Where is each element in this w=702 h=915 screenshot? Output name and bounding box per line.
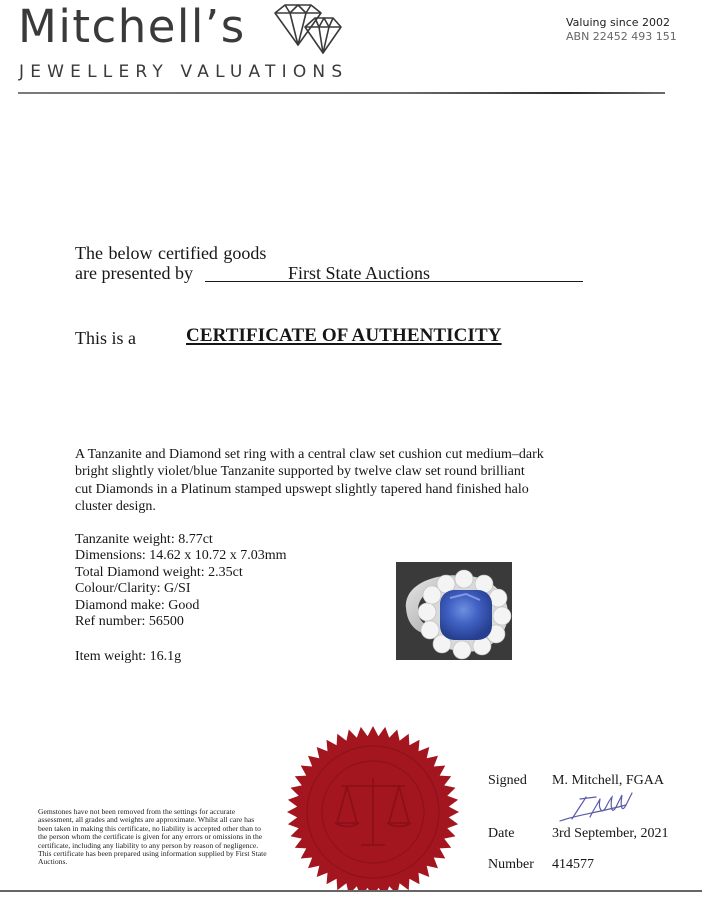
- signed-label: Signed: [488, 773, 527, 789]
- number-label: Number: [488, 857, 534, 873]
- spec-dimensions: Dimensions: 14.62 x 10.72 x 7.03mm: [75, 548, 287, 564]
- footer-divider: [0, 890, 702, 892]
- brand-subtitle: JEWELLERY VALUATIONS: [19, 64, 348, 81]
- certificate-title: CERTIFICATE OF AUTHENTICITY: [186, 326, 502, 346]
- spec-colour-clarity: Colour/Clarity: G/SI: [75, 581, 287, 597]
- abn-number: ABN 22452 493 151: [566, 31, 677, 42]
- item-specs: Tanzanite weight: 8.77ct Dimensions: 14.…: [75, 532, 287, 630]
- spec-tanzanite-weight: Tanzanite weight: 8.77ct: [75, 532, 287, 548]
- disclaimer-text: Gemstones have not been removed from the…: [38, 808, 268, 867]
- seal-icon: [283, 724, 463, 895]
- intro-line-2: are presented by: [75, 263, 193, 283]
- item-weight: Item weight: 16.1g: [75, 649, 181, 665]
- item-description: A Tanzanite and Diamond set ring with a …: [75, 446, 545, 515]
- date-value: 3rd September, 2021: [552, 826, 668, 842]
- spec-ref-number: Ref number: 56500: [75, 614, 287, 630]
- this-is-label: This is a: [75, 328, 136, 348]
- ring-icon: [396, 562, 512, 660]
- spec-diamond-weight: Total Diamond weight: 2.35ct: [75, 565, 287, 581]
- signature-icon: [556, 791, 666, 825]
- header-divider: [18, 92, 665, 94]
- presenter-name: First State Auctions: [288, 263, 430, 283]
- brand-name: Mitchell’s: [18, 4, 246, 49]
- intro-line-1: The below certified goods: [75, 243, 266, 263]
- number-value: 414577: [552, 857, 594, 873]
- ring-photo: [396, 562, 512, 660]
- diamonds-icon: [271, 3, 343, 55]
- spec-diamond-make: Diamond make: Good: [75, 598, 287, 614]
- signed-value: M. Mitchell, FGAA: [552, 773, 664, 789]
- tagline: Valuing since 2002: [566, 17, 670, 28]
- date-label: Date: [488, 826, 514, 842]
